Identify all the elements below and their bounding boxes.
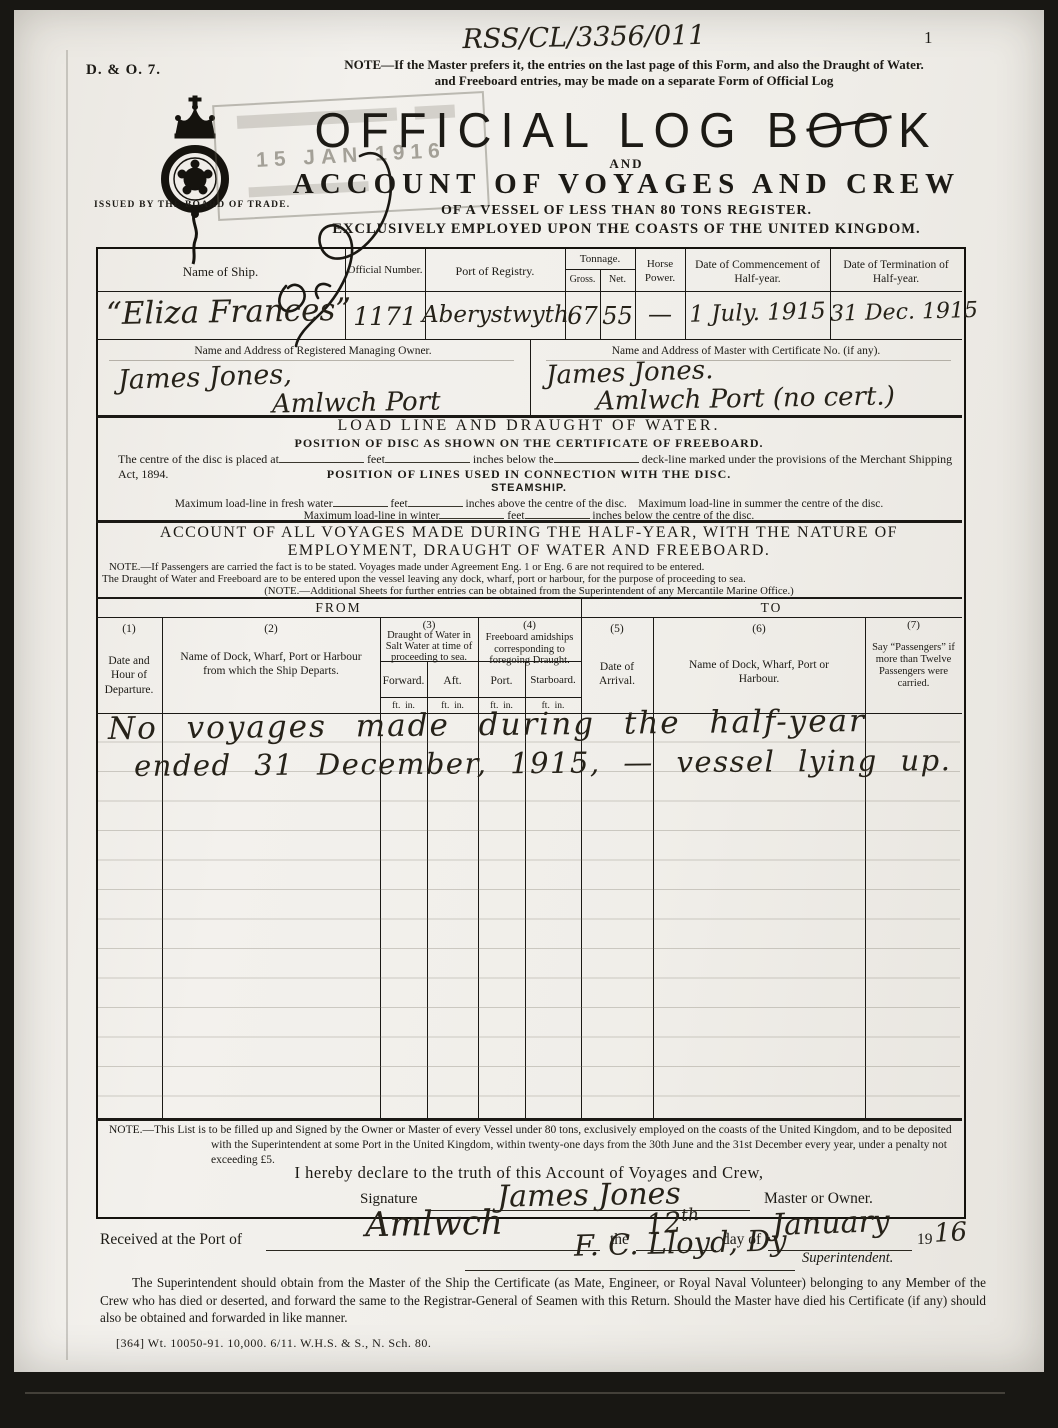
commencement-value: 1 July. 1915 — [685, 298, 831, 328]
port-of-registry-value: Aberystwyth — [422, 302, 568, 328]
col-port-of-registry: Port of Registry. — [425, 264, 565, 279]
line — [96, 597, 962, 599]
col3-header: Draught of Water in Salt Water at time o… — [382, 630, 476, 663]
net-tonnage-value: 55 — [600, 302, 635, 330]
day-suffix: th — [681, 1205, 700, 1226]
printer-imprint: [364] Wt. 10050-91. 10,000. 6/11. W.H.S.… — [116, 1336, 431, 1351]
line — [109, 360, 514, 361]
col-official-number: Official Number. — [347, 264, 423, 278]
superintendent-paragraph: The Superintendent should obtain from th… — [100, 1274, 986, 1327]
year-printed: 19 — [917, 1231, 933, 1249]
voyages-title-line1: ACCOUNT OF ALL VOYAGES MADE DURING THE H… — [96, 524, 962, 542]
col7-header: Say “Passengers” if more than Twelve Pas… — [867, 642, 960, 690]
superintendent-signature: F. C. Lloyd, Dy — [574, 1223, 787, 1263]
header-note-line1: NOTE—If the Master prefers it, the entri… — [264, 57, 1004, 73]
disc-part1: The centre of the disc is placed at — [118, 452, 279, 466]
master-address-value: Amlwch Port (no cert.) — [596, 381, 895, 416]
header-note-line2: and Freeboard entries, may be made on a … — [264, 73, 1004, 89]
page-number: 1 — [924, 28, 933, 48]
employed-line: EXCLUSIVELY EMPLOYED UPON THE COASTS OF … — [254, 221, 999, 238]
document-subtitle: ACCOUNT OF VOYAGES AND CREW — [254, 168, 999, 201]
col-tonnage: Tonnage. — [565, 253, 635, 267]
voyages-note3: (NOTE.—Additional Sheets for further ent… — [96, 585, 962, 597]
document-title: OFFICIAL LOG BOOK — [254, 101, 999, 159]
line — [96, 291, 962, 292]
disc-position-title: POSITION OF DISC AS SHOWN ON THE CERTIFI… — [96, 436, 962, 451]
official-number-value: 1171 — [345, 302, 425, 331]
owner-header: Name and Address of Registered Managing … — [96, 344, 530, 358]
blank-field — [408, 495, 463, 507]
voyage-entry-line2: ended 31 December, 1915, — vessel lying … — [134, 743, 952, 783]
deposit-note: NOTE.—This List is to be filled up and S… — [109, 1123, 957, 1168]
col4-num: (4) — [478, 619, 581, 633]
page-crease — [66, 50, 68, 1360]
disc-part3: inches below the — [473, 452, 554, 466]
blank-field — [525, 507, 590, 519]
col1-num: (1) — [96, 622, 162, 636]
col-net: Net. — [600, 274, 635, 287]
line — [96, 520, 962, 523]
col5-header: Date of Arrival. — [583, 660, 651, 689]
disc-part2: feet — [367, 452, 385, 466]
col1-header: Date and Hour of Departure. — [98, 654, 160, 697]
port-header: Port. — [478, 674, 525, 688]
log-book-page: RSS/CL/3356/011 1 D. & O. 7. NOTE—If the… — [14, 10, 1044, 1372]
received-label: Received at the Port of — [100, 1231, 242, 1249]
header-note: NOTE—If the Master prefers it, the entri… — [264, 57, 1004, 90]
line — [380, 661, 581, 662]
blank-field — [279, 451, 364, 463]
col5-num: (5) — [581, 622, 653, 636]
received-port-value: Amlwch — [304, 1202, 565, 1247]
archive-reference-handwritten: RSS/CL/3356/011 — [404, 19, 764, 56]
vessel-line: OF A VESSEL OF LESS THAN 80 TONS REGISTE… — [254, 203, 999, 219]
month-value: January — [771, 1204, 890, 1243]
col6-header: Name of Dock, Wharf, Port or Harbour. — [669, 658, 849, 687]
line — [96, 617, 962, 618]
scanned-document: RSS/CL/3356/011 1 D. & O. 7. NOTE—If the… — [0, 0, 1058, 1428]
forward-header: Forward. — [380, 674, 427, 688]
col6-num: (6) — [653, 622, 865, 636]
line — [96, 1118, 962, 1121]
termination-value: 31 Dec. 1915 — [830, 298, 963, 326]
owner-name-value: James Jones, — [118, 359, 293, 396]
from-label: FROM — [96, 600, 581, 616]
year-written: 16 — [933, 1217, 968, 1249]
line — [96, 339, 962, 340]
horse-power-value: — — [635, 300, 685, 328]
aft-header: Aft. — [427, 674, 478, 688]
col-date-termination: Date of Termination of Half-year. — [830, 258, 962, 287]
col2-num: (2) — [162, 622, 380, 636]
voyages-title-line2: EMPLOYMENT, DRAUGHT OF WATER AND FREEBOA… — [96, 542, 962, 560]
blank-field — [385, 451, 470, 463]
voyages-note1: NOTE.—If Passengers are carried the fact… — [109, 561, 959, 573]
blank-field — [554, 451, 639, 463]
col-horse-power: Horse Power. — [635, 258, 685, 286]
starboard-header: Starboard. — [525, 674, 581, 688]
load-line-title: LOAD LINE AND DRAUGHT OF WATER. — [96, 417, 962, 435]
master-header: Name and Address of Master with Certific… — [530, 344, 962, 358]
blank-field — [333, 495, 388, 507]
superintendent-label: Superintendent. — [802, 1250, 893, 1267]
line — [380, 697, 581, 698]
form-code: D. & O. 7. — [86, 62, 161, 79]
col-gross: Gross. — [565, 274, 600, 287]
gross-tonnage-value: 67 — [565, 302, 600, 330]
lines-position-title: POSITION OF LINES USED IN CONNECTION WIT… — [96, 467, 962, 482]
steamship-label: STEAMSHIP. — [96, 482, 962, 494]
to-label: TO — [581, 600, 962, 616]
voyages-note2: The Draught of Water and Freeboard are t… — [102, 573, 962, 585]
col2-header: Name of Dock, Wharf, Port or Harbour fro… — [180, 650, 362, 679]
col-date-commencement: Date of Commencement of Half-year. — [685, 258, 830, 287]
col-name-of-ship: Name of Ship. — [96, 264, 345, 280]
scan-edge-artifact — [25, 1392, 1005, 1394]
blank-field — [439, 507, 504, 519]
ship-name-value: “Eliza Frances” — [106, 292, 352, 332]
col7-num: (7) — [865, 619, 962, 633]
